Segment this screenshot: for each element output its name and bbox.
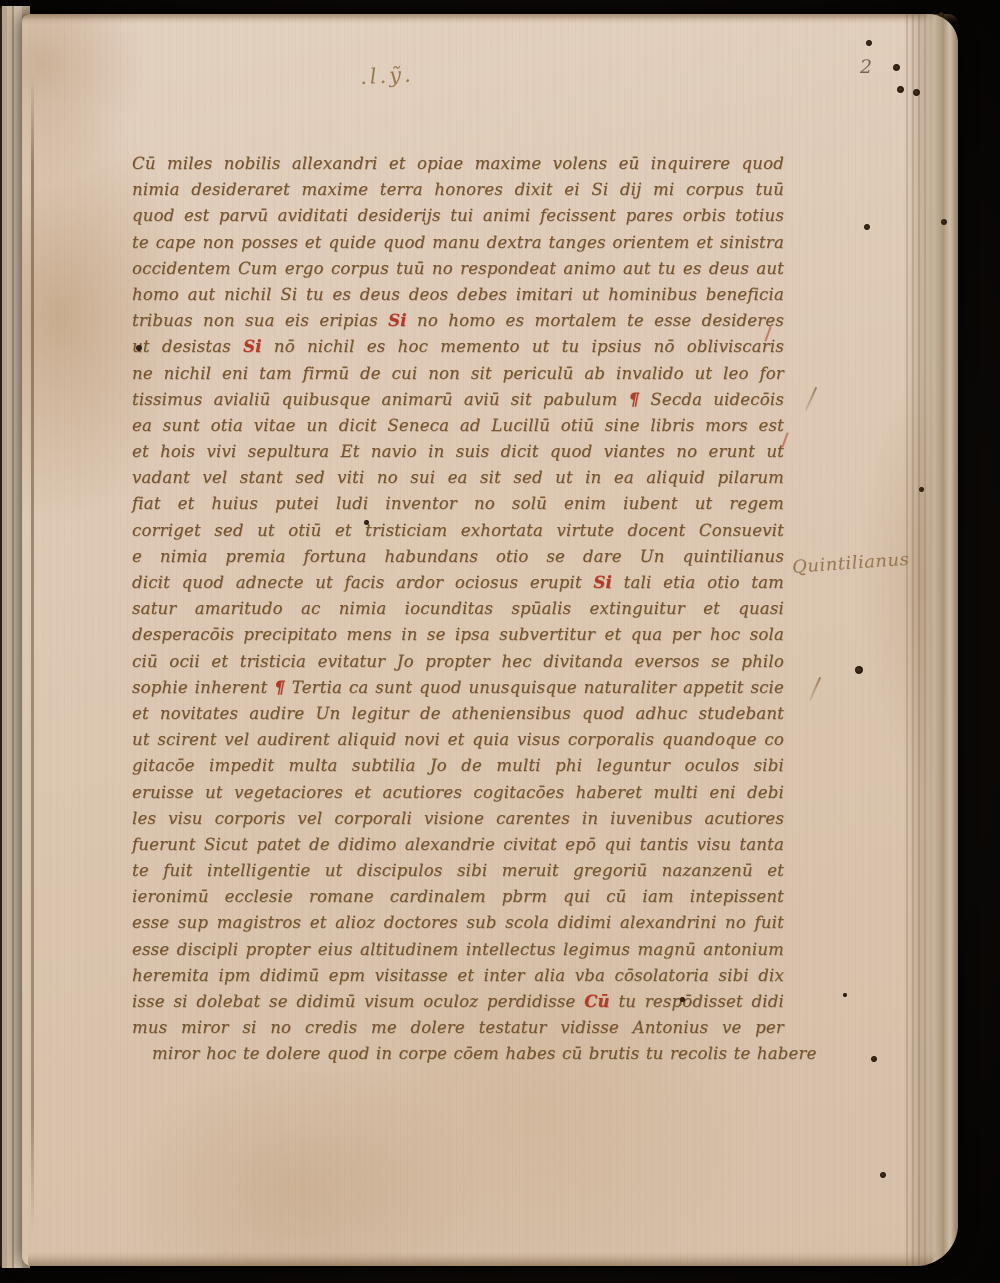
ink-segment: eruisse ut vegetaciores et acutiores cog…	[132, 783, 784, 802]
text-line: tribuas non sua eis eripias Si no homo e…	[132, 308, 784, 334]
wormhole	[364, 520, 369, 525]
rubric-segment: Si	[593, 573, 612, 592]
text-line: desperacōis precipitato mens in se ipsa …	[132, 622, 784, 648]
text-line: vadant vel stant sed viti no sui ea sit …	[132, 465, 784, 491]
text-line: quod est parvū aviditati desiderijs tui …	[132, 203, 784, 229]
text-line: et hois vivi sepultura Et navio in suis …	[132, 439, 784, 465]
text-line: eruisse ut vegetaciores et acutiores cog…	[132, 780, 784, 806]
ink-segment: Secda uidecōis	[639, 390, 784, 409]
text-line: tissimus avialiū quibusque animarū aviū …	[132, 387, 784, 413]
wormhole	[913, 89, 920, 96]
ink-segment: esse discipli propter eius altitudinem i…	[132, 940, 784, 959]
ink-segment: corriget sed ut otiū et tristiciam exhor…	[132, 521, 784, 540]
text-line: te cape non posses et quide quod manu de…	[132, 230, 784, 256]
ink-segment: homo aut nichil Si tu es deus deos debes…	[132, 285, 784, 304]
ink-segment: nō nichil es hoc memento ut tu ipsius nō…	[262, 337, 784, 356]
ink-segment: fiat et huius putei ludi inventor no sol…	[132, 494, 784, 513]
ink-segment: ea sunt otia vitae un dicit Seneca ad Lu…	[132, 416, 784, 435]
rubric-segment: Cū	[584, 992, 610, 1011]
ink-segment: ciū ocii et tristicia evitatur Jo propte…	[132, 652, 784, 671]
page-bottom-deckle-edge	[28, 1252, 936, 1266]
ink-segment: ut desistas	[132, 337, 243, 356]
ink-segment: Tertia ca sunt quod unusquisque naturali…	[285, 678, 784, 697]
text-line: ne nichil eni tam firmū de cui non sit p…	[132, 361, 784, 387]
wormhole	[855, 666, 863, 674]
text-line: te fuit intelligentie ut discipulos sibi…	[132, 858, 784, 884]
text-line: ciū ocii et tristicia evitatur Jo propte…	[132, 649, 784, 675]
ink-segment: nimia desideraret maxime terra honores d…	[132, 180, 784, 199]
text-line: dicit quod adnecte ut facis ardor ociosu…	[132, 570, 784, 596]
text-line: Cū miles nobilis allexandri et opiae max…	[132, 151, 784, 177]
ink-segment: Cū miles nobilis allexandri et opiae max…	[132, 154, 784, 173]
text-line: nimia desideraret maxime terra honores d…	[132, 177, 784, 203]
text-line: heremita ipm didimū epm visitasse et int…	[132, 963, 784, 989]
text-line: gitacōe impedit multa subtilia Jo de mul…	[132, 753, 784, 779]
ink-segment: tu respōdisset didi	[610, 992, 784, 1011]
text-line: miror hoc te dolere quod in corpe cōem h…	[132, 1041, 784, 1067]
ink-segment: te fuit intelligentie ut discipulos sibi…	[132, 861, 784, 880]
ink-segment: mus miror si no credis me dolere testatu…	[132, 1018, 784, 1037]
ink-segment: heremita ipm didimū epm visitasse et int…	[132, 966, 784, 985]
text-line: sophie inherent ¶ Tertia ca sunt quod un…	[132, 675, 784, 701]
wormhole	[864, 224, 870, 230]
wormhole	[939, 12, 944, 17]
ink-segment: fuerunt Sicut patet de didimo alexandrie…	[132, 835, 784, 854]
marginal-check-mark	[809, 677, 821, 702]
ink-segment: tribuas non sua eis eripias	[132, 311, 388, 330]
ink-segment: les visu corporis vel corporali visione …	[132, 809, 784, 828]
text-line: ut desistas Si nō nichil es hoc memento …	[132, 334, 784, 360]
rubric-segment: Si	[388, 311, 407, 330]
text-line: e nimia premia fortuna habundans otio se…	[132, 544, 784, 570]
ink-segment: ne nichil eni tam firmū de cui non sit p…	[132, 364, 784, 383]
wormhole	[893, 64, 900, 71]
wormhole	[919, 487, 924, 492]
ink-segment: ieronimū ecclesie romane cardinalem pbrm…	[132, 887, 784, 906]
text-line: fuerunt Sicut patet de didimo alexandrie…	[132, 832, 784, 858]
text-line: mus miror si no credis me dolere testatu…	[132, 1015, 784, 1041]
ink-segment: isse si dolebat se didimū visum oculoz p…	[132, 992, 584, 1011]
ink-segment: no homo es mortalem te esse desideres	[407, 311, 784, 330]
rubric-segment: ¶	[274, 678, 285, 697]
page-fore-edge-leaves	[906, 14, 958, 1266]
text-line: les visu corporis vel corporali visione …	[132, 806, 784, 832]
wormhole	[880, 1172, 886, 1178]
body-text-block: Cū miles nobilis allexandri et opiae max…	[132, 151, 784, 1068]
text-line: ea sunt otia vitae un dicit Seneca ad Lu…	[132, 413, 784, 439]
ink-segment: e nimia premia fortuna habundans otio se…	[132, 547, 784, 566]
ink-segment: vadant vel stant sed viti no sui ea sit …	[132, 468, 784, 487]
wormhole	[843, 993, 847, 997]
ink-segment: dicit quod adnecte ut facis ardor ociosu…	[132, 573, 593, 592]
ink-segment: sophie inherent	[132, 678, 274, 697]
text-line: isse si dolebat se didimū visum oculoz p…	[132, 989, 784, 1015]
wormhole	[871, 1056, 877, 1062]
text-line: occidentem Cum ergo corpus tuū no respon…	[132, 256, 784, 282]
text-line: corriget sed ut otiū et tristiciam exhor…	[132, 518, 784, 544]
ink-segment: te cape non posses et quide quod manu de…	[132, 233, 784, 252]
ink-segment: gitacōe impedit multa subtilia Jo de mul…	[132, 756, 784, 775]
folio-number: 2	[860, 56, 872, 78]
ink-segment: tali etia otio tam	[612, 573, 784, 592]
page-top-deckle-edge	[22, 14, 958, 24]
wormhole	[897, 86, 904, 93]
ink-segment: desperacōis precipitato mens in se ipsa …	[132, 625, 784, 644]
text-line: fiat et huius putei ludi inventor no sol…	[132, 491, 784, 517]
ink-segment: tissimus avialiū quibusque animarū aviū …	[132, 390, 629, 409]
ink-segment: occidentem Cum ergo corpus tuū no respon…	[132, 259, 784, 278]
ink-segment: et hois vivi sepultura Et navio in suis …	[132, 442, 784, 461]
manuscript-page: .l.ỹ. 2 Cū miles nobilis allexandri et o…	[22, 14, 958, 1266]
text-line: homo aut nichil Si tu es deus deos debes…	[132, 282, 784, 308]
ink-segment: esse sup magistros et alioz doctores sub…	[132, 913, 784, 932]
wormhole	[136, 345, 142, 351]
wormhole	[680, 997, 685, 1002]
ink-segment: miror hoc te dolere quod in corpe cōem h…	[152, 1044, 817, 1063]
ink-segment: quod est parvū aviditati desiderijs tui …	[132, 206, 784, 225]
text-line: esse discipli propter eius altitudinem i…	[132, 937, 784, 963]
gutter-seam	[31, 74, 34, 1234]
text-line: ieronimū ecclesie romane cardinalem pbrm…	[132, 884, 784, 910]
rubric-segment: ¶	[629, 390, 640, 409]
ink-segment: ut scirent vel audirent aliquid novi et …	[132, 730, 784, 749]
text-line: esse sup magistros et alioz doctores sub…	[132, 910, 784, 936]
text-line: satur amaritudo ac nimia iocunditas spūa…	[132, 596, 784, 622]
header-inscription: .l.ỹ.	[359, 59, 480, 89]
ink-segment: et novitates audire Un legitur de atheni…	[132, 704, 784, 723]
text-line: et novitates audire Un legitur de atheni…	[132, 701, 784, 727]
text-line: ut scirent vel audirent aliquid novi et …	[132, 727, 784, 753]
ink-segment: satur amaritudo ac nimia iocunditas spūa…	[132, 599, 784, 618]
wormhole	[866, 40, 872, 46]
rubric-segment: Si	[243, 337, 262, 356]
marginal-check-mark	[805, 387, 817, 412]
wormhole	[941, 219, 947, 225]
